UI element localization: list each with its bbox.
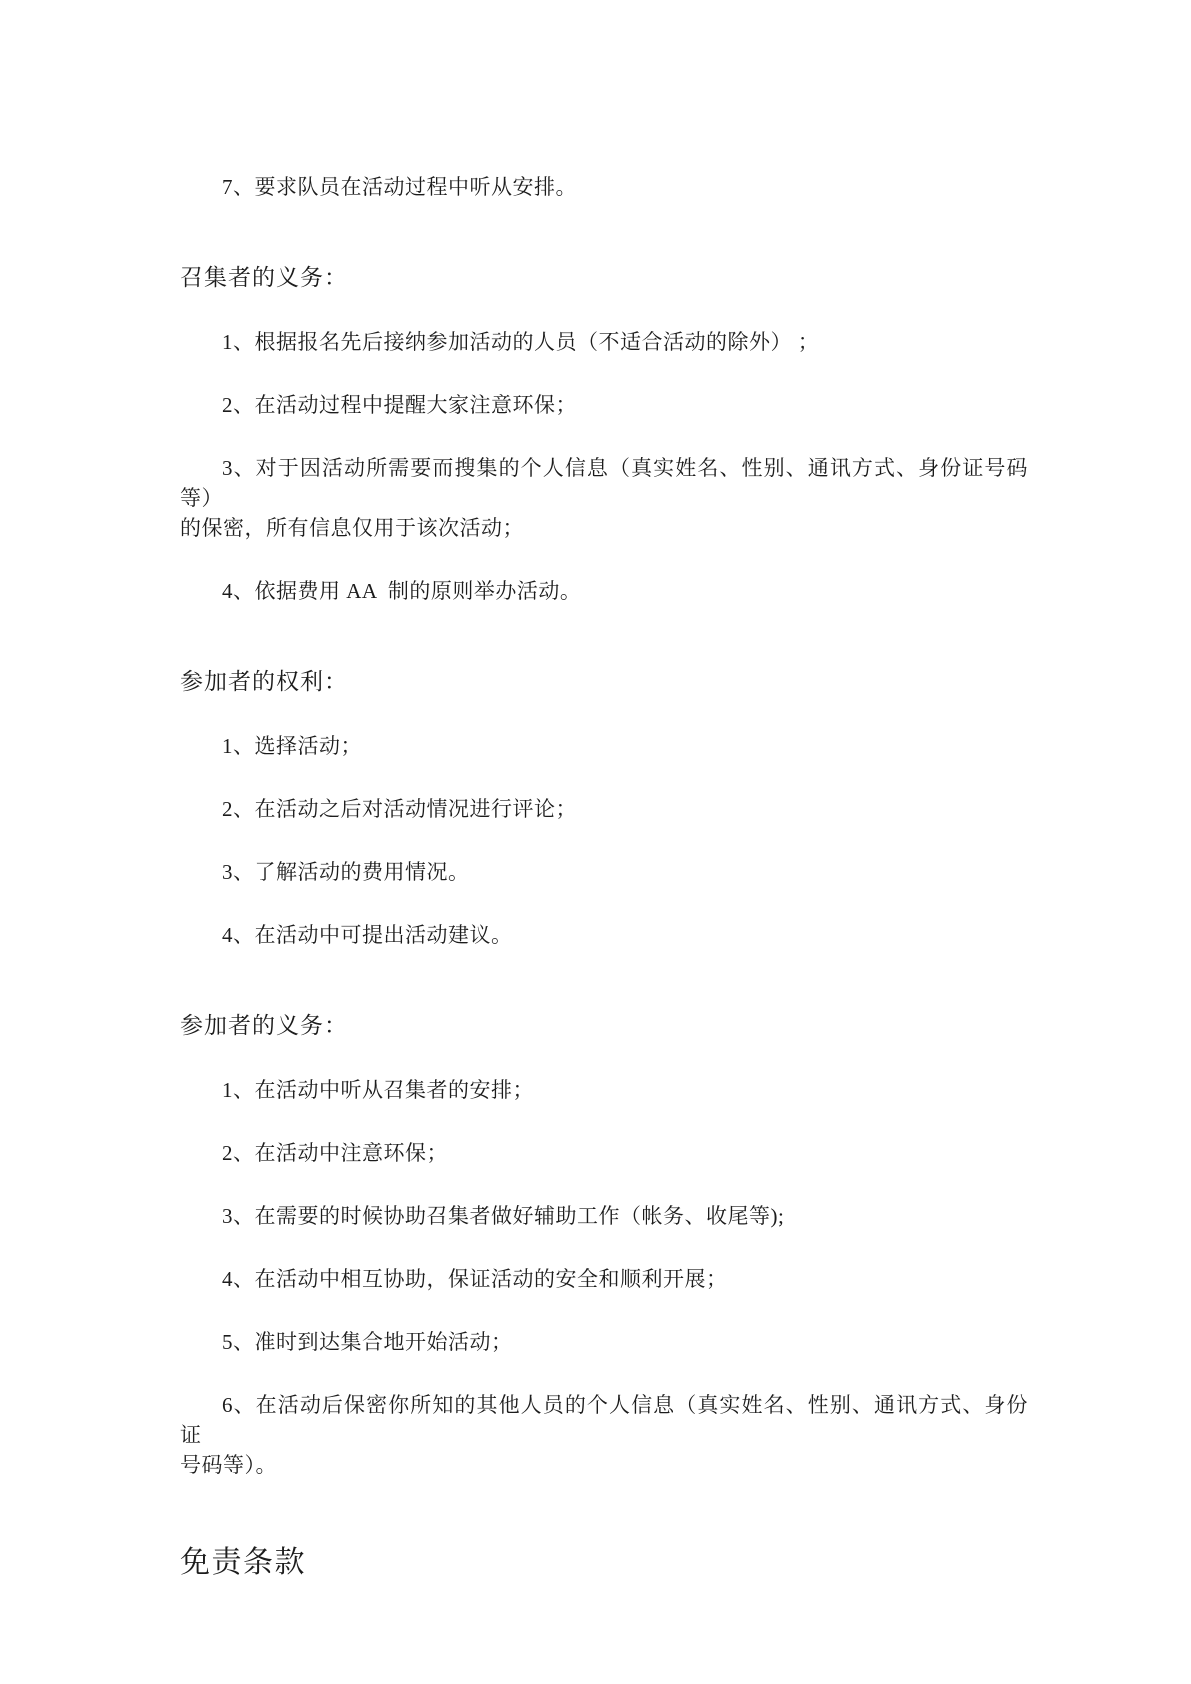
list-item: 6、在活动后保密你所知的其他人员的个人信息（真实姓名、性别、通讯方式、身份证 号…	[180, 1390, 1028, 1480]
list-item: 3、了解活动的费用情况。	[180, 857, 1028, 887]
list-item: 3、对于因活动所需要而搜集的个人信息（真实姓名、性别、通讯方式、身份证号码等） …	[180, 453, 1028, 543]
section-heading-participant-rights: 参加者的权利：	[180, 666, 1028, 698]
list-item: 2、在活动过程中提醒大家注意环保；	[180, 390, 1028, 420]
chapter-heading-disclaimer: 免责条款	[180, 1542, 1028, 1584]
document-page: 7、要求队员在活动过程中听从安排。 召集者的义务： 1、根据报名先后接纳参加活动…	[0, 0, 1191, 1684]
list-item: 4、在活动中相互协助，保证活动的安全和顺利开展；	[180, 1264, 1028, 1294]
intro-list-item: 7、要求队员在活动过程中听从安排。	[180, 172, 1028, 202]
list-item: 1、选择活动；	[180, 731, 1028, 761]
list-item: 2、在活动之后对活动情况进行评论；	[180, 794, 1028, 824]
section-heading-participant-obligations: 参加者的义务：	[180, 1010, 1028, 1042]
list-item: 1、在活动中听从召集者的安排；	[180, 1075, 1028, 1105]
list-item: 4、依据费用 AA 制的原则举办活动。	[180, 576, 1028, 606]
list-item: 4、在活动中可提出活动建议。	[180, 920, 1028, 950]
list-item: 2、在活动中注意环保；	[180, 1138, 1028, 1168]
list-item: 1、根据报名先后接纳参加活动的人员（不适合活动的除外） ；	[180, 327, 1028, 357]
list-item: 3、在需要的时候协助召集者做好辅助工作（帐务、收尾等);	[180, 1201, 1028, 1231]
list-item: 5、准时到达集合地开始活动；	[180, 1327, 1028, 1357]
section-heading-convener-obligations: 召集者的义务：	[180, 262, 1028, 294]
